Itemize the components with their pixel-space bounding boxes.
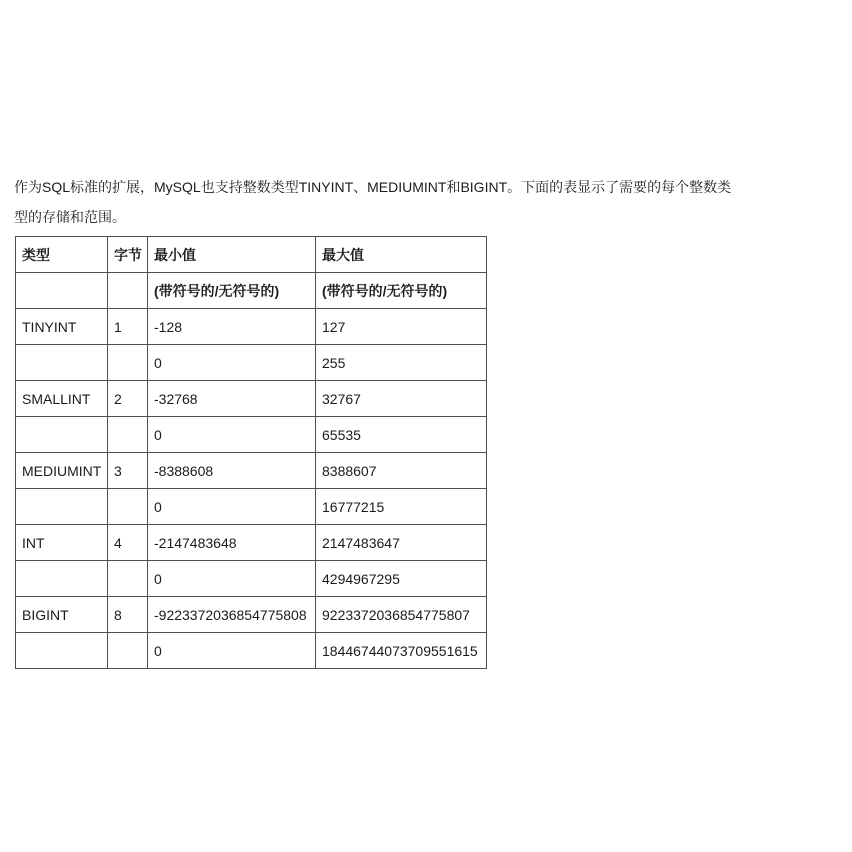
- cell-type: [16, 345, 108, 381]
- table-row: INT 4 -2147483648 2147483647: [16, 525, 487, 561]
- table-row: 0 18446744073709551615: [16, 633, 487, 669]
- cell-min: -9223372036854775808: [148, 597, 316, 633]
- table-row: 0 4294967295: [16, 561, 487, 597]
- cell-type: MEDIUMINT: [16, 453, 108, 489]
- cell-bytes: [108, 417, 148, 453]
- cell-max: 16777215: [316, 489, 487, 525]
- cell-bytes: [108, 489, 148, 525]
- table-row: TINYINT 1 -128 127: [16, 309, 487, 345]
- cell-type: [16, 561, 108, 597]
- subheader-row: (带符号的/无符号的) (带符号的/无符号的): [16, 273, 487, 309]
- cell-min: 0: [148, 417, 316, 453]
- column-header-bytes: 字节: [108, 237, 148, 273]
- header-row: 类型 字节 最小值 最大值: [16, 237, 487, 273]
- cell-min: 0: [148, 561, 316, 597]
- cell-min: -8388608: [148, 453, 316, 489]
- cell-min: -32768: [148, 381, 316, 417]
- cell-bytes: [108, 633, 148, 669]
- cell-type: INT: [16, 525, 108, 561]
- cell-type: SMALLINT: [16, 381, 108, 417]
- cell-type: [16, 489, 108, 525]
- cell-bytes: [108, 345, 148, 381]
- cell-max: 32767: [316, 381, 487, 417]
- table-row: MEDIUMINT 3 -8388608 8388607: [16, 453, 487, 489]
- table-row: SMALLINT 2 -32768 32767: [16, 381, 487, 417]
- cell-bytes: 1: [108, 309, 148, 345]
- cell-bytes: [108, 561, 148, 597]
- cell-min: 0: [148, 633, 316, 669]
- cell-min: -2147483648: [148, 525, 316, 561]
- intro-line: 作为SQL标准的扩展，MySQL也支持整数类型TINYINT、MEDIUMINT…: [14, 172, 731, 202]
- cell-type: [16, 417, 108, 453]
- intro-line: 型的存储和范围。: [14, 202, 731, 232]
- cell-bytes: 3: [108, 453, 148, 489]
- subheader-cell-min-signedness: (带符号的/无符号的): [148, 273, 316, 309]
- cell-max: 2147483647: [316, 525, 487, 561]
- integer-types-table: 类型 字节 最小值 最大值 (带符号的/无符号的) (带符号的/无符号的) TI…: [15, 236, 487, 669]
- cell-min: -128: [148, 309, 316, 345]
- column-header-type: 类型: [16, 237, 108, 273]
- subheader-cell: [16, 273, 108, 309]
- subheader-cell-max-signedness: (带符号的/无符号的): [316, 273, 487, 309]
- cell-max: 127: [316, 309, 487, 345]
- document-page: 作为SQL标准的扩展，MySQL也支持整数类型TINYINT、MEDIUMINT…: [0, 0, 852, 852]
- cell-max: 255: [316, 345, 487, 381]
- column-header-min: 最小值: [148, 237, 316, 273]
- cell-bytes: 8: [108, 597, 148, 633]
- intro-paragraph: 作为SQL标准的扩展，MySQL也支持整数类型TINYINT、MEDIUMINT…: [14, 172, 731, 232]
- cell-bytes: 4: [108, 525, 148, 561]
- cell-max: 18446744073709551615: [316, 633, 487, 669]
- cell-max: 9223372036854775807: [316, 597, 487, 633]
- cell-max: 4294967295: [316, 561, 487, 597]
- cell-type: TINYINT: [16, 309, 108, 345]
- table-row: BIGINT 8 -9223372036854775808 9223372036…: [16, 597, 487, 633]
- cell-bytes: 2: [108, 381, 148, 417]
- subheader-cell: [108, 273, 148, 309]
- column-header-max: 最大值: [316, 237, 487, 273]
- cell-max: 8388607: [316, 453, 487, 489]
- table-row: 0 65535: [16, 417, 487, 453]
- cell-min: 0: [148, 345, 316, 381]
- cell-max: 65535: [316, 417, 487, 453]
- table-row: 0 255: [16, 345, 487, 381]
- cell-type: [16, 633, 108, 669]
- cell-min: 0: [148, 489, 316, 525]
- cell-type: BIGINT: [16, 597, 108, 633]
- table-row: 0 16777215: [16, 489, 487, 525]
